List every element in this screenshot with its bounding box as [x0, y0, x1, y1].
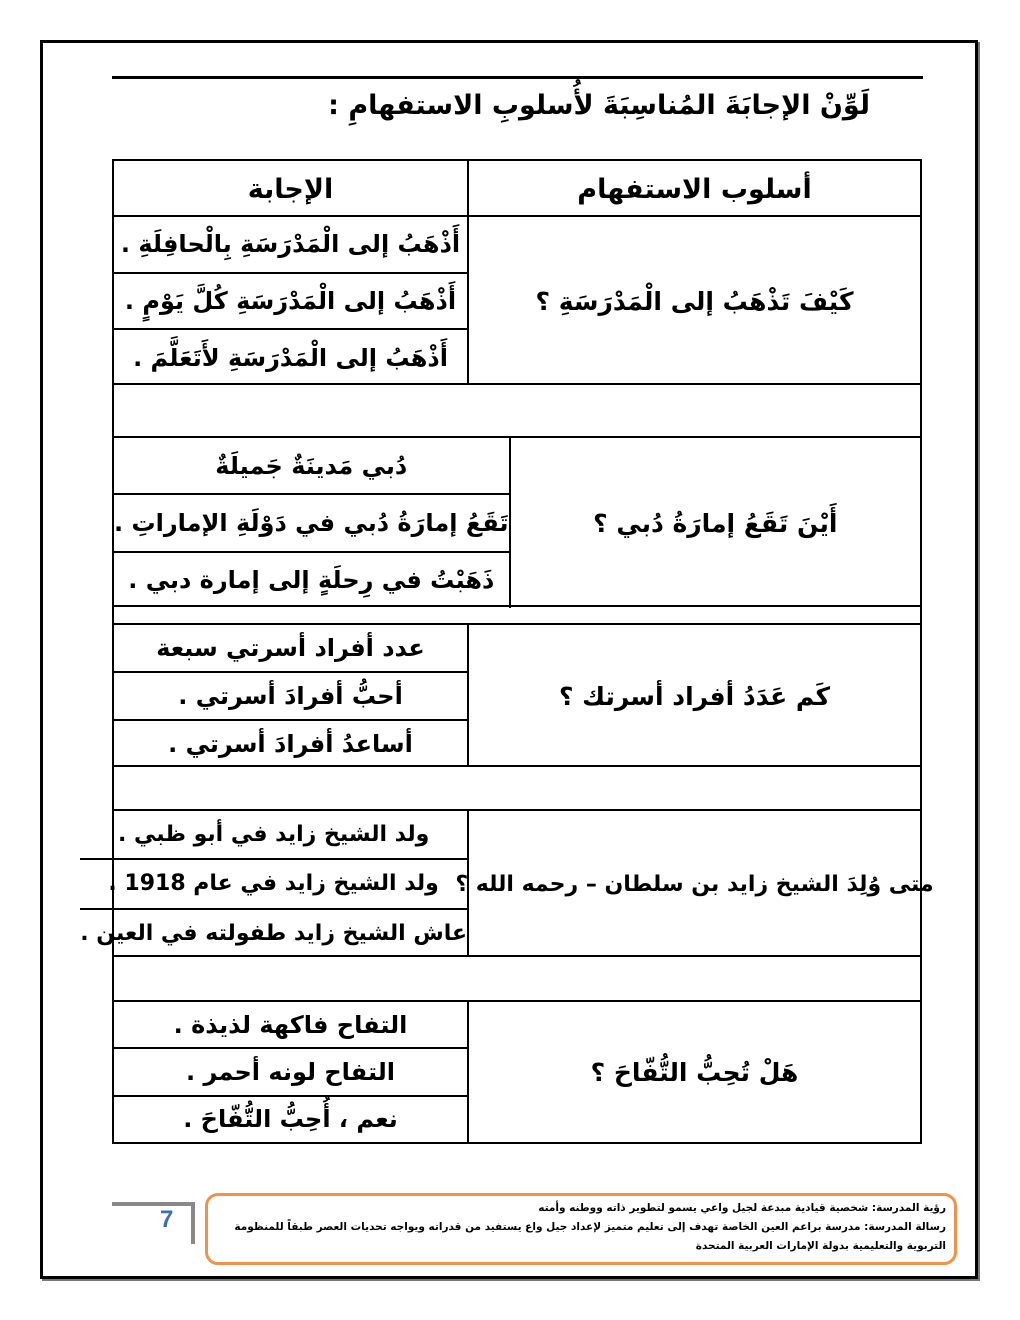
top-horizontal-rule — [112, 76, 923, 79]
question-cell: هَلْ تُحِبُّ التُّفّاحَ ؟ — [469, 1002, 920, 1142]
school-mission-text-continued: التربوية والتعليمية بدولة الإمارات العرب… — [216, 1237, 946, 1256]
question-cell: كَم عَدَدُ أفراد أسرتك ؟ — [469, 625, 920, 767]
question-cell: كَيْفَ تَذْهَبُ إلى الْمَدْرَسَةِ ؟ — [469, 217, 920, 385]
answer-option[interactable]: أَذْهَبُ إلى الْمَدْرَسَةِ لأَتَعَلَّمَ … — [114, 328, 467, 385]
separator-row — [114, 955, 920, 1003]
answer-option[interactable]: أساعدُ أفرادَ أسرتي . — [114, 719, 467, 767]
answer-option[interactable]: تَقَعُ إمارَةُ دُبي في دَوْلَةِ الإمارات… — [114, 493, 509, 550]
answers-cell: أَذْهَبُ إلى الْمَدْرَسَةِ بِالْحافِلَةِ… — [114, 217, 469, 385]
question-row: كَيْفَ تَذْهَبُ إلى الْمَدْرَسَةِ ؟ أَذْ… — [114, 215, 920, 385]
answer-option[interactable]: ذَهَبْتُ في رِحلَةٍ إلى إمارة دبي . — [114, 551, 509, 608]
answer-option[interactable]: التفاح لونه أحمر . — [114, 1047, 467, 1094]
answer-option[interactable]: عاش الشيخ زايد طفولته في العين . — [80, 908, 467, 957]
table-header-block: أسلوب الاستفهام الإجابة — [112, 159, 922, 217]
answer-option[interactable]: أَذْهَبُ إلى الْمَدْرَسَةِ بِالْحافِلَةِ… — [114, 217, 467, 272]
answers-cell: دُبي مَدينَةٌ جَميلَةٌ تَقَعُ إمارَةُ دُ… — [114, 438, 511, 608]
school-vision-mission-box: رؤية المدرسة: شخصية قيادية مبدعة لجيل وا… — [205, 1193, 957, 1265]
answer-option[interactable]: ولد الشيخ زايد في عام 1918 . — [80, 858, 467, 907]
separator-row — [114, 383, 920, 440]
question-cell: متى وُلِدَ الشيخ زايد بن سلطان – رحمه ال… — [469, 811, 920, 957]
answer-option[interactable]: أَذْهَبُ إلى الْمَدْرَسَةِ كُلَّ يَوْمٍ … — [114, 272, 467, 329]
separator-row — [114, 765, 920, 811]
question-row: كَم عَدَدُ أفراد أسرتك ؟ عدد أفراد أسرتي… — [114, 623, 920, 767]
question-group-4: متى وُلِدَ الشيخ زايد بن سلطان – رحمه ال… — [112, 809, 922, 1003]
question-row: متى وُلِدَ الشيخ زايد بن سلطان – رحمه ال… — [114, 809, 920, 957]
question-group-3: كَم عَدَدُ أفراد أسرتك ؟ عدد أفراد أسرتي… — [112, 605, 922, 811]
table-header-row: أسلوب الاستفهام الإجابة — [114, 159, 920, 217]
question-group-5: هَلْ تُحِبُّ التُّفّاحَ ؟ التفاح فاكهة ل… — [112, 1000, 922, 1144]
separator-row — [114, 605, 920, 624]
header-answer: الإجابة — [114, 161, 469, 217]
answers-cell: التفاح فاكهة لذيذة . التفاح لونه أحمر . … — [114, 1002, 469, 1142]
answers-cell: ولد الشيخ زايد في أبو ظبي . ولد الشيخ زا… — [80, 811, 469, 957]
answer-option[interactable]: أحبُّ أفرادَ أسرتي . — [114, 671, 467, 719]
worksheet-instruction-title: لَوِّنْ الإجابَةَ المُناسِبَةَ لأُسلوبِ … — [328, 86, 870, 126]
answer-option[interactable]: ولد الشيخ زايد في أبو ظبي . — [80, 811, 467, 858]
answer-option[interactable]: نعم ، أُحِبُّ التُّفّاحَ . — [114, 1095, 467, 1142]
school-mission-text: رسالة المدرسة: مدرسة براعم العين الخاصة … — [216, 1218, 946, 1237]
header-question-style: أسلوب الاستفهام — [469, 161, 920, 217]
school-vision-text: رؤية المدرسة: شخصية قيادية مبدعة لجيل وا… — [216, 1199, 946, 1218]
answer-option[interactable]: دُبي مَدينَةٌ جَميلَةٌ — [114, 438, 509, 493]
question-group-1: كَيْفَ تَذْهَبُ إلى الْمَدْرَسَةِ ؟ أَذْ… — [112, 215, 922, 440]
question-cell: أَيْنَ تَقَعُ إمارَةُ دُبي ؟ — [511, 438, 920, 608]
answer-option[interactable]: التفاح فاكهة لذيذة . — [114, 1002, 467, 1047]
answers-cell: عدد أفراد أسرتي سبعة أحبُّ أفرادَ أسرتي … — [114, 625, 469, 767]
question-row: هَلْ تُحِبُّ التُّفّاحَ ؟ التفاح فاكهة ل… — [114, 1000, 920, 1144]
answer-option[interactable]: عدد أفراد أسرتي سبعة — [114, 625, 467, 671]
footer-divider — [191, 1202, 195, 1244]
page-number: 7 — [160, 1206, 173, 1234]
question-group-2: أَيْنَ تَقَعُ إمارَةُ دُبي ؟ دُبي مَدينَ… — [112, 436, 922, 608]
question-row: أَيْنَ تَقَعُ إمارَةُ دُبي ؟ دُبي مَدينَ… — [114, 436, 920, 608]
footer-rule — [112, 1202, 194, 1206]
